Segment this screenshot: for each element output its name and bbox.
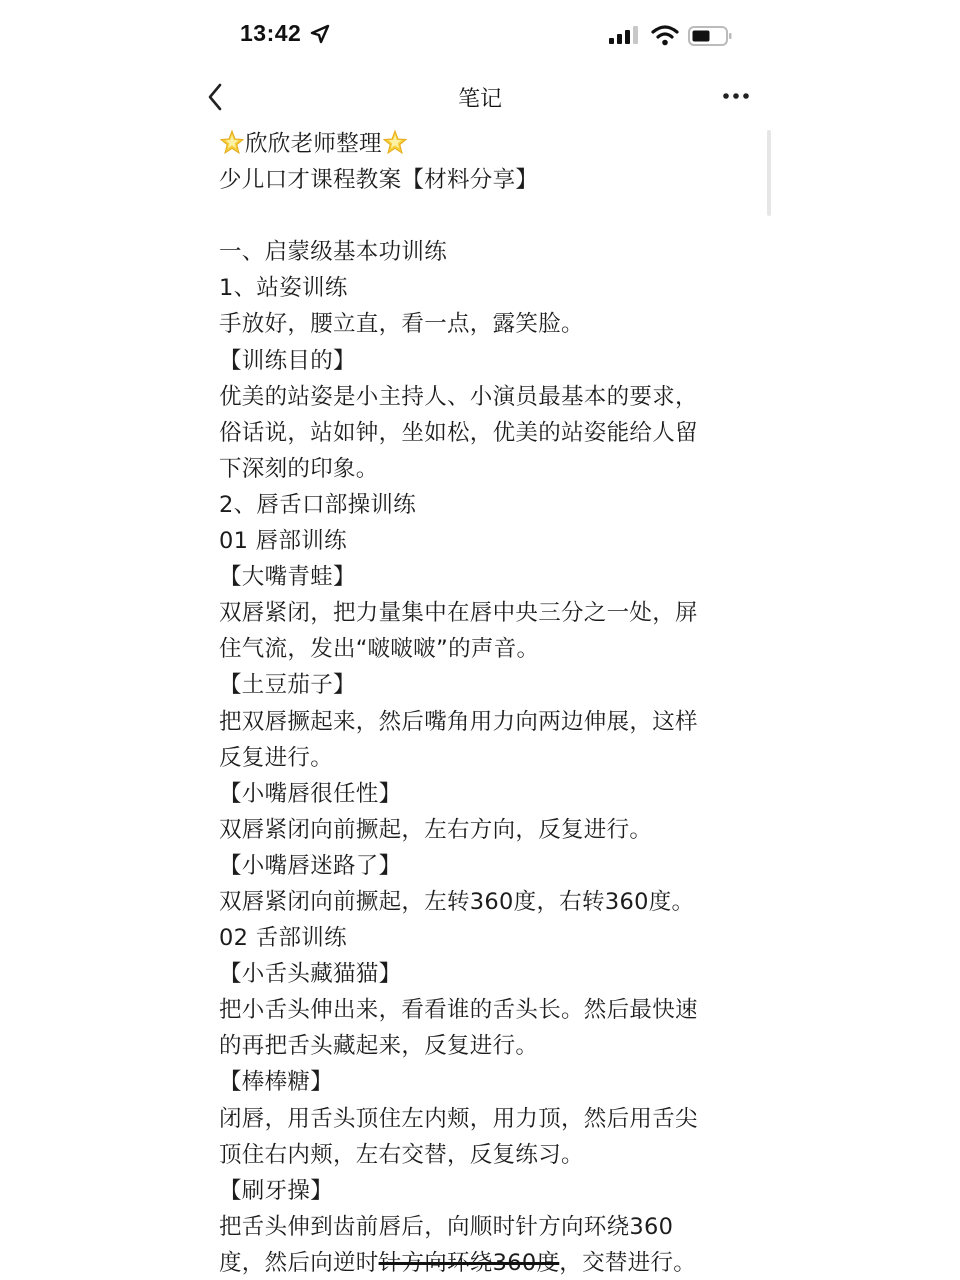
struck-text: 针方向环绕360度 xyxy=(379,1250,560,1276)
note-content: 欣欣老师整理 少儿口才课程教案【材料分享】 一、启蒙级基本功训练 1、站姿训练 … xyxy=(219,126,759,1280)
text-segment: ，交替进行。 xyxy=(559,1250,696,1276)
page-title: 笔记 xyxy=(0,82,960,113)
bracket-heading: 【棒棒糖】 xyxy=(219,1064,759,1100)
more-horizontal-icon xyxy=(716,86,756,106)
subsection-heading: 1、站姿训练 xyxy=(219,270,759,306)
bracket-heading: 【小嘴唇很任性】 xyxy=(219,776,759,812)
bracket-heading: 【小舌头藏猫猫】 xyxy=(219,956,759,992)
section-heading: 一、启蒙级基本功训练 xyxy=(219,234,759,270)
sub-subsection-heading: 02 舌部训练 xyxy=(219,920,759,956)
text-segment: 度，然后向逆时 xyxy=(219,1250,379,1276)
nav-bar: 笔记 xyxy=(0,70,960,124)
wifi-icon xyxy=(651,24,679,46)
note-title: 欣欣老师整理 xyxy=(219,126,759,162)
body-text: 的再把舌头藏起来，反复进行。 xyxy=(219,1028,759,1064)
body-text-last: 度，然后向逆时针方向环绕360度，交替进行。 xyxy=(219,1245,759,1280)
body-text: 手放好，腰立直，看一点，露笑脸。 xyxy=(219,306,759,342)
bracket-heading: 【小嘴唇迷路了】 xyxy=(219,848,759,884)
blank-line xyxy=(219,198,759,234)
bracket-heading: 【训练目的】 xyxy=(219,343,759,379)
body-text: 把小舌头伸出来，看看谁的舌头长。然后最快速 xyxy=(219,992,759,1028)
battery-icon xyxy=(688,25,732,47)
body-text: 双唇紧闭，把力量集中在唇中央三分之一处，屏 xyxy=(219,595,759,631)
scrollbar[interactable] xyxy=(767,130,771,216)
more-options-button[interactable] xyxy=(716,86,756,106)
body-text: 顶住右内颊，左右交替，反复练习。 xyxy=(219,1137,759,1173)
bracket-heading: 【土豆茄子】 xyxy=(219,667,759,703)
cellular-signal-icon xyxy=(609,26,643,46)
status-bar: 13:42 xyxy=(0,0,960,70)
note-title-text: 欣欣老师整理 xyxy=(245,131,382,157)
glowing-star-icon xyxy=(382,129,408,155)
subsection-heading: 2、唇舌口部操训练 xyxy=(219,487,759,523)
body-text: 把双唇撅起来，然后嘴角用力向两边伸展，这样 xyxy=(219,704,759,740)
bracket-heading: 【刷牙操】 xyxy=(219,1173,759,1209)
body-text: 双唇紧闭向前撅起，左右方向，反复进行。 xyxy=(219,812,759,848)
glowing-star-icon xyxy=(219,129,245,155)
body-text: 闭唇，用舌头顶住左内颊，用力顶，然后用舌尖 xyxy=(219,1101,759,1137)
bracket-heading: 【大嘴青蛙】 xyxy=(219,559,759,595)
location-arrow-icon xyxy=(310,24,330,44)
note-subtitle: 少儿口才课程教案【材料分享】 xyxy=(219,162,759,198)
body-text: 住气流，发出“啵啵啵”的声音。 xyxy=(219,631,759,667)
body-text: 把舌头伸到齿前唇后，向顺时针方向环绕360 xyxy=(219,1209,759,1245)
body-text: 双唇紧闭向前撅起，左转360度，右转360度。 xyxy=(219,884,759,920)
body-text: 反复进行。 xyxy=(219,740,759,776)
sub-subsection-heading: 01 唇部训练 xyxy=(219,523,759,559)
body-text: 优美的站姿是小主持人、小演员最基本的要求， xyxy=(219,379,759,415)
status-time: 13:42 xyxy=(240,20,301,47)
body-text: 下深刻的印象。 xyxy=(219,451,759,487)
body-text: 俗话说，站如钟，坐如松，优美的站姿能给人留 xyxy=(219,415,759,451)
